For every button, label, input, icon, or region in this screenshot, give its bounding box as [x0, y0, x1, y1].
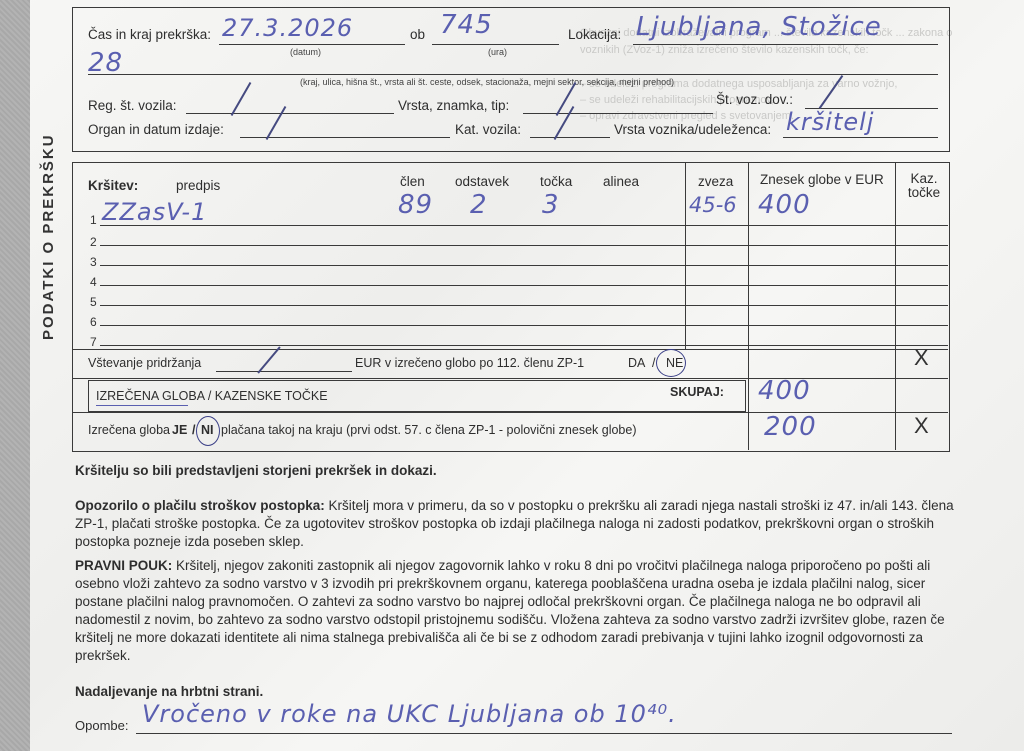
legal-title: PRAVNI POUK:	[75, 558, 172, 573]
reg-number-label: Reg. št. vozila:	[88, 98, 177, 113]
side-strip	[0, 0, 30, 751]
driver-type-label: Vrsta voznika/udeleženca:	[614, 122, 771, 137]
driver-type-line	[783, 137, 938, 138]
article-cell[interactable]: 89	[398, 190, 433, 220]
fine-header: Znesek globe v EUR	[760, 172, 884, 187]
time-place-label: Čas in kraj prekrška:	[88, 27, 211, 42]
row-number: 3	[90, 255, 97, 269]
row-line	[100, 345, 948, 346]
driver-type-field[interactable]: kršitelj	[786, 108, 874, 136]
row-number: 6	[90, 315, 97, 329]
fine-cell[interactable]: 400	[758, 190, 811, 220]
time-field-line	[432, 44, 559, 45]
continued-notice: Nadaljevanje na hrbtni strani.	[75, 683, 955, 701]
paragraph-header: odstavek	[455, 174, 509, 189]
place-field-line	[88, 74, 938, 75]
point-header: točka	[540, 174, 572, 189]
location-field-line	[633, 44, 938, 45]
link-cell[interactable]: 45-6	[689, 193, 737, 217]
remarks-label: Opombe:	[75, 718, 128, 733]
row-line	[72, 378, 948, 379]
remarks-field[interactable]: Vročeno v roke na UKC Ljubljana ob 10⁴⁰.	[142, 700, 677, 728]
legal-text: Kršitelj, njegov zakoniti zastopnik ali …	[75, 558, 945, 663]
location-field[interactable]: Ljubljana, Stožice	[636, 12, 882, 42]
vehicle-type-label: Vrsta, znamka, tip:	[398, 98, 509, 113]
row-line	[100, 325, 948, 326]
detention-separator: /	[652, 356, 655, 370]
vehicle-type-line	[523, 113, 713, 114]
remarks-line	[136, 733, 952, 734]
row-number: 4	[90, 275, 97, 289]
time-hint: (ura)	[488, 47, 507, 57]
row-line	[100, 305, 948, 306]
detention-suffix: EUR v izrečeno globo po 112. členu ZP-1	[355, 356, 584, 370]
reg-number-line	[186, 113, 394, 114]
date-field[interactable]: 27.3.2026	[222, 14, 353, 42]
regulation-header: predpis	[176, 178, 220, 193]
link-header: zveza	[698, 174, 733, 189]
paid-yes-option[interactable]: JE	[172, 423, 187, 437]
column-divider	[685, 162, 686, 349]
column-divider	[895, 162, 896, 450]
row-line	[100, 285, 948, 286]
half-fine-field[interactable]: 200	[764, 412, 817, 442]
total-fine-field[interactable]: 400	[758, 376, 811, 406]
evidence-notice: Kršitelju so bili predstavljeni storjeni…	[75, 462, 955, 480]
costs-title: Opozorilo o plačilu stroškov postopka:	[75, 498, 325, 513]
row-number: 1	[90, 213, 97, 227]
paid-points-cross: X	[914, 413, 929, 439]
time-field[interactable]: 745	[440, 10, 493, 40]
total-label: SKUPAJ:	[670, 385, 724, 399]
paid-separator: /	[192, 423, 195, 437]
category-label: Kat. vozila:	[455, 122, 521, 137]
regulation-cell[interactable]: ZZasV-1	[102, 198, 207, 226]
paragraph-cell[interactable]: 2	[470, 190, 488, 220]
at-label: ob	[410, 27, 425, 42]
detention-points-cross: X	[914, 345, 929, 371]
date-field-line	[219, 44, 405, 45]
detention-label: Vštevanje pridržanja	[88, 356, 201, 370]
detention-yes-option[interactable]: DA	[628, 356, 645, 370]
row-number: 2	[90, 235, 97, 249]
legal-notice: PRAVNI POUK: Kršitelj, njegov zakoniti z…	[75, 557, 955, 665]
points-header: Kaz. točke	[904, 172, 944, 200]
imposed-fine-label: IZREČENA GLOBA / KAZENSKE TOČKE	[96, 389, 328, 403]
seats-label: Št. voz. dov.:	[716, 92, 793, 107]
organ-line	[240, 137, 450, 138]
costs-notice: Opozorilo o plačilu stroškov postopka: K…	[75, 497, 955, 551]
row-line	[100, 245, 948, 246]
document-page: PODATKI O PREKRŠKU Obvezni dodatni izobr…	[0, 0, 1024, 751]
row-line	[100, 225, 948, 226]
selection-circle	[656, 349, 686, 377]
indent-header: alinea	[603, 174, 639, 189]
detention-line	[216, 371, 352, 372]
handwritten-underline	[96, 405, 188, 406]
paid-suffix: plačana takoj na kraju (prvi odst. 57. c…	[221, 423, 637, 437]
organ-label: Organ in datum izdaje:	[88, 122, 224, 137]
row-line	[72, 349, 948, 350]
violation-header: Kršitev:	[88, 178, 138, 193]
category-line	[530, 137, 610, 138]
selection-circle	[196, 416, 220, 446]
date-hint: (datum)	[290, 47, 321, 57]
article-header: člen	[400, 174, 425, 189]
place-hint: (kraj, ulica, hišna št., vrsta ali št. c…	[300, 77, 674, 87]
point-cell[interactable]: 3	[542, 190, 560, 220]
paid-prefix: Izrečena globa	[88, 423, 170, 437]
column-divider	[748, 162, 749, 450]
row-number: 7	[90, 335, 97, 349]
location-label: Lokacija:	[568, 27, 621, 42]
section-side-label: PODATKI O PREKRŠKU	[40, 133, 57, 340]
row-line	[100, 265, 948, 266]
row-number: 5	[90, 295, 97, 309]
